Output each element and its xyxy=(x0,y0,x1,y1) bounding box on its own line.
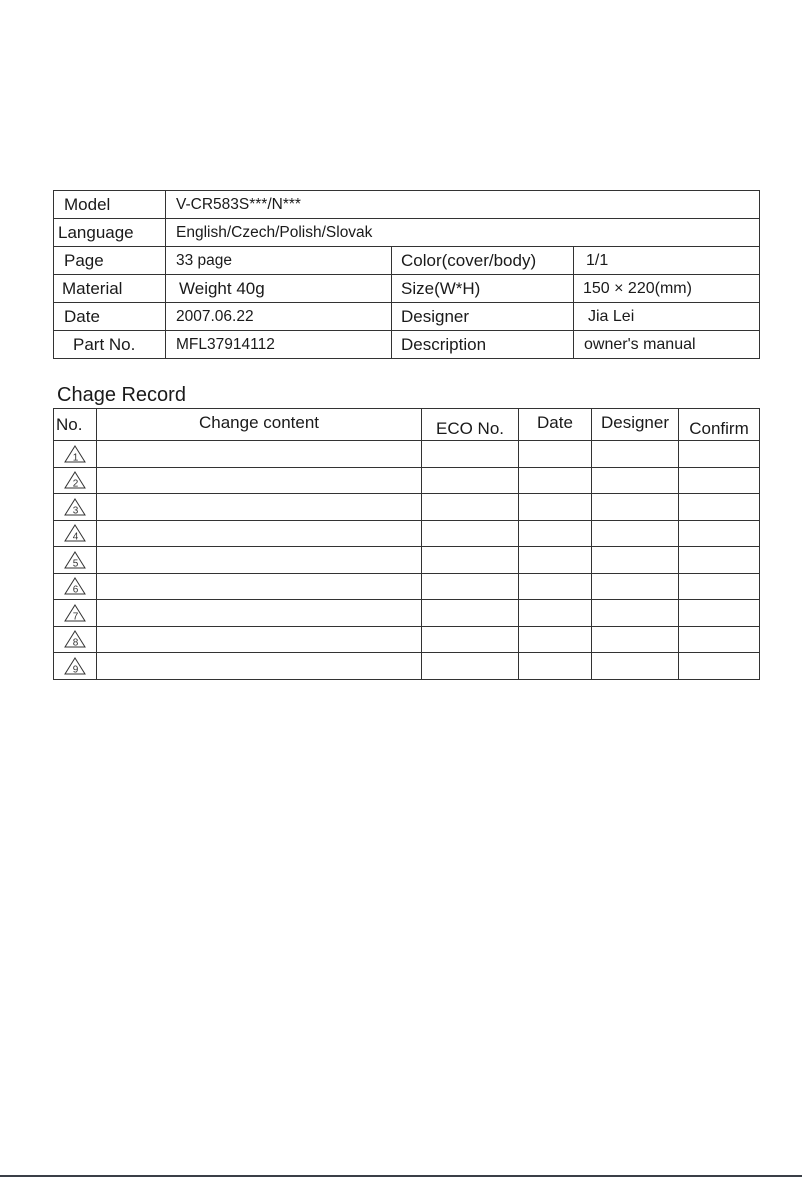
confirm-cell xyxy=(679,626,760,653)
language-value: English/Czech/Polish/Slovak xyxy=(166,219,760,247)
revision-triangle-icon: 8 xyxy=(64,630,86,648)
model-value: V-CR583S***/N*** xyxy=(166,191,760,219)
revision-triangle-icon: 4 xyxy=(64,524,86,542)
eco-no-cell xyxy=(422,547,519,574)
designer-cell xyxy=(592,626,679,653)
confirm-cell xyxy=(679,441,760,468)
date-cell xyxy=(519,547,592,574)
revision-triangle-icon: 1 xyxy=(64,445,86,463)
description-value: owner's manual xyxy=(574,331,760,359)
designer-cell xyxy=(592,520,679,547)
spec-table: Model V-CR583S***/N*** Language English/… xyxy=(53,190,760,359)
spec-row-partno: Part No. MFL37914112 Description owner's… xyxy=(54,331,760,359)
date-cell xyxy=(519,494,592,521)
confirm-cell xyxy=(679,547,760,574)
confirm-cell xyxy=(679,494,760,521)
svg-text:9: 9 xyxy=(73,664,79,675)
header-confirm: Confirm xyxy=(679,409,760,441)
change-record-table: No. Change content ECO No. Date Designer… xyxy=(53,408,760,680)
table-row: 1 xyxy=(54,441,760,468)
spec-row-model: Model V-CR583S***/N*** xyxy=(54,191,760,219)
spec-row-date: Date 2007.06.22 Designer Jia Lei xyxy=(54,303,760,331)
date-cell xyxy=(519,626,592,653)
designer-cell xyxy=(592,441,679,468)
header-change-content: Change content xyxy=(97,409,422,441)
confirm-cell xyxy=(679,467,760,494)
svg-text:4: 4 xyxy=(73,532,79,543)
color-value: 1/1 xyxy=(574,247,760,275)
revision-number-cell: 4 xyxy=(54,520,97,547)
header-date: Date xyxy=(519,409,592,441)
change-content-cell xyxy=(97,653,422,680)
page-label: Page xyxy=(54,247,166,275)
change-content-cell xyxy=(97,441,422,468)
change-content-cell xyxy=(97,467,422,494)
designer-cell xyxy=(592,494,679,521)
spec-row-language: Language English/Czech/Polish/Slovak xyxy=(54,219,760,247)
date-cell xyxy=(519,467,592,494)
table-row: 9 xyxy=(54,653,760,680)
change-content-cell xyxy=(97,573,422,600)
revision-triangle-icon: 3 xyxy=(64,498,86,516)
date-cell xyxy=(519,441,592,468)
revision-number-cell: 8 xyxy=(54,626,97,653)
svg-text:3: 3 xyxy=(73,505,79,516)
designer-label: Designer xyxy=(392,303,574,331)
revision-number-cell: 3 xyxy=(54,494,97,521)
revision-triangle-icon: 5 xyxy=(64,551,86,569)
partno-value: MFL37914112 xyxy=(166,331,392,359)
revision-triangle-icon: 9 xyxy=(64,657,86,675)
size-label: Size(W*H) xyxy=(392,275,574,303)
eco-no-cell xyxy=(422,520,519,547)
description-label: Description xyxy=(392,331,574,359)
designer-cell xyxy=(592,600,679,627)
revision-triangle-icon: 6 xyxy=(64,577,86,595)
designer-value: Jia Lei xyxy=(574,303,760,331)
svg-text:5: 5 xyxy=(73,558,79,569)
table-row: 3 xyxy=(54,494,760,521)
date-cell xyxy=(519,520,592,547)
eco-no-cell xyxy=(422,467,519,494)
eco-no-cell xyxy=(422,653,519,680)
material-label: Material xyxy=(54,275,166,303)
page-value: 33 page xyxy=(166,247,392,275)
svg-text:6: 6 xyxy=(73,585,79,596)
eco-no-cell xyxy=(422,494,519,521)
date-cell xyxy=(519,653,592,680)
table-row: 4 xyxy=(54,520,760,547)
model-label: Model xyxy=(54,191,166,219)
designer-cell xyxy=(592,547,679,574)
change-content-cell xyxy=(97,520,422,547)
revision-number-cell: 9 xyxy=(54,653,97,680)
eco-no-cell xyxy=(422,441,519,468)
header-no: No. xyxy=(54,409,97,441)
date-value: 2007.06.22 xyxy=(166,303,392,331)
material-value: Weight 40g xyxy=(166,275,392,303)
confirm-cell xyxy=(679,600,760,627)
confirm-cell xyxy=(679,653,760,680)
change-record-title: Chage Record xyxy=(57,384,186,407)
confirm-cell xyxy=(679,520,760,547)
change-content-cell xyxy=(97,600,422,627)
table-row: 6 xyxy=(54,573,760,600)
table-row: 7 xyxy=(54,600,760,627)
language-label: Language xyxy=(54,219,166,247)
header-designer: Designer xyxy=(592,409,679,441)
designer-cell xyxy=(592,467,679,494)
partno-label: Part No. xyxy=(54,331,166,359)
table-row: 2 xyxy=(54,467,760,494)
revision-number-cell: 7 xyxy=(54,600,97,627)
revision-number-cell: 6 xyxy=(54,573,97,600)
table-row: 5 xyxy=(54,547,760,574)
designer-cell xyxy=(592,573,679,600)
change-record-header: No. Change content ECO No. Date Designer… xyxy=(54,409,760,441)
size-value: 150 × 220(mm) xyxy=(574,275,760,303)
header-eco-no: ECO No. xyxy=(422,409,519,441)
svg-text:1: 1 xyxy=(73,452,79,463)
spec-row-material: Material Weight 40g Size(W*H) 150 × 220(… xyxy=(54,275,760,303)
change-content-cell xyxy=(97,494,422,521)
eco-no-cell xyxy=(422,600,519,627)
date-label: Date xyxy=(54,303,166,331)
revision-triangle-icon: 7 xyxy=(64,604,86,622)
table-row: 8 xyxy=(54,626,760,653)
confirm-cell xyxy=(679,573,760,600)
revision-number-cell: 5 xyxy=(54,547,97,574)
svg-text:2: 2 xyxy=(73,479,79,490)
change-content-cell xyxy=(97,547,422,574)
svg-text:8: 8 xyxy=(73,638,79,649)
date-cell xyxy=(519,600,592,627)
revision-number-cell: 1 xyxy=(54,441,97,468)
revision-triangle-icon: 2 xyxy=(64,471,86,489)
date-cell xyxy=(519,573,592,600)
designer-cell xyxy=(592,653,679,680)
color-label: Color(cover/body) xyxy=(392,247,574,275)
spec-row-page: Page 33 page Color(cover/body) 1/1 xyxy=(54,247,760,275)
eco-no-cell xyxy=(422,626,519,653)
svg-text:7: 7 xyxy=(73,611,79,622)
revision-number-cell: 2 xyxy=(54,467,97,494)
change-content-cell xyxy=(97,626,422,653)
eco-no-cell xyxy=(422,573,519,600)
